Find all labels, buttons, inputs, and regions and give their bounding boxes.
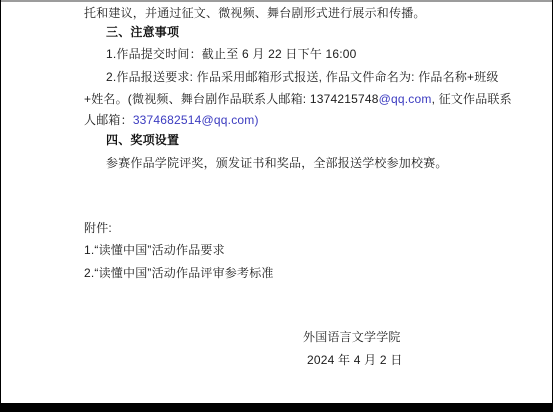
section-heading-notice: 三、注意事项 [106,25,179,40]
award-body-text: 参赛作品学院评奖，颁发证书和奖品，全部报送学校参加校赛。 [106,156,448,171]
paragraph-continuation: 托和建议，并通过征文、微视频、舞台剧形式进行展示和传播。 [84,6,426,21]
email1-user: 1374215748 [310,92,379,106]
section-heading-award: 四、奖项设置 [106,133,179,148]
top-edge-line [1,0,552,2]
submission-line3-prefix: 人邮箱： [84,113,133,127]
bottom-edge-bar [1,403,552,412]
document-page: 托和建议，并通过征文、微视频、舞台剧形式进行展示和传播。 三、注意事项 1.作品… [0,0,553,412]
attachment-item-1: 1.“读懂中国”活动作品要求 [84,243,225,258]
submission-line2-suffix: , 征文作品联系 [432,92,512,106]
signature-date: 2024 年 4 月 2 日 [307,353,403,368]
notice-item-submission-line3: 人邮箱：3374682514@qq.com) [84,113,259,128]
notice-item-deadline: 1.作品提交时间：截止至 6 月 22 日下午 16:00 [106,47,357,62]
submission-line2-prefix: +姓名。(微视频、舞台剧作品联系人邮箱: [84,92,310,106]
attachment-item-2: 2.“读懂中国”活动作品评审参考标准 [84,266,274,281]
signature-organization: 外国语言文学学院 [303,330,401,345]
attachments-label: 附件: [84,221,112,236]
notice-item-submission-line1: 2.作品报送要求: 作品采用邮箱形式报送, 作品文件命名为: 作品名称+班级 [106,70,499,85]
notice-item-submission-line2: +姓名。(微视频、舞台剧作品联系人邮箱: 1374215748@qq.com, … [84,92,512,107]
email1-domain-link[interactable]: @qq.com [379,92,432,106]
email2-link[interactable]: 3374682514@qq.com) [133,113,259,127]
